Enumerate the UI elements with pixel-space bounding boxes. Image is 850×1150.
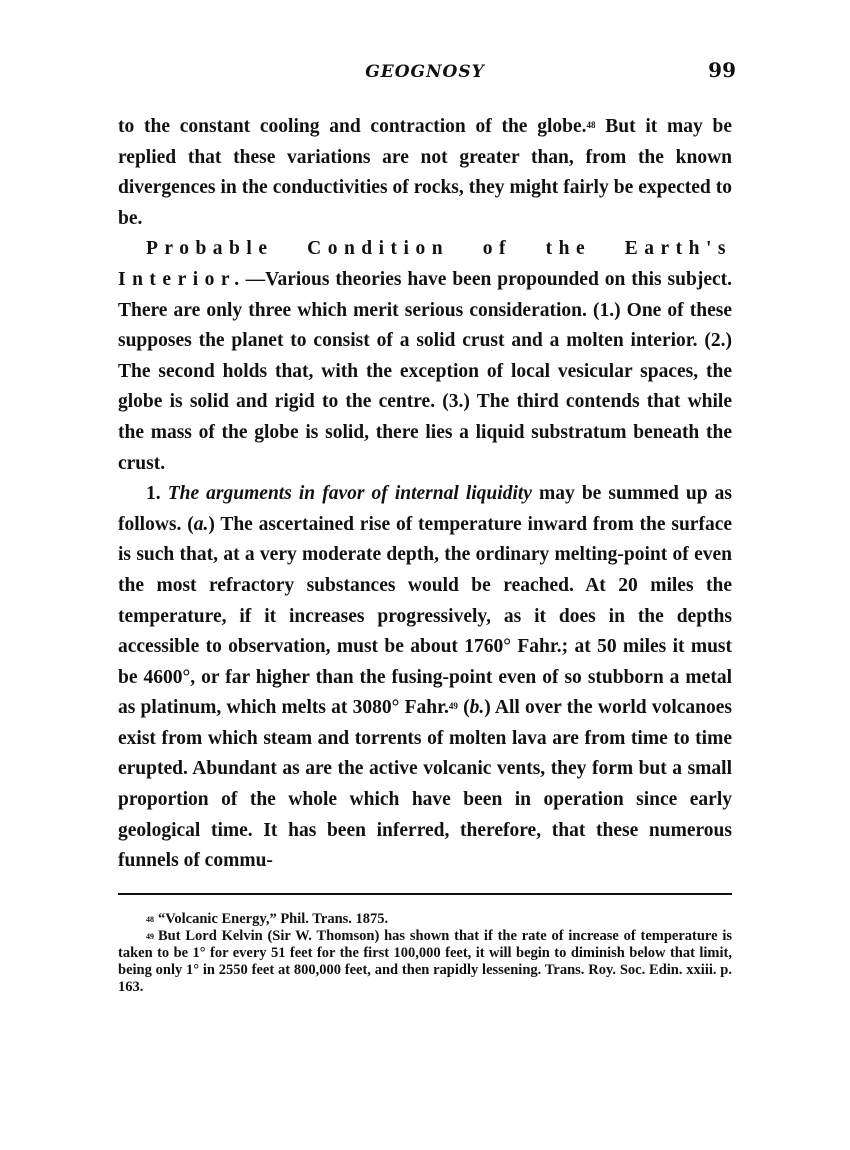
footnote-divider	[118, 893, 732, 895]
paragraph-text: —Various theories have been propounded o…	[118, 269, 732, 474]
body-text: to the constant cooling and contraction …	[118, 112, 732, 877]
italic-heading: The arguments in favor of internal liqui…	[168, 483, 532, 504]
item-label-b: b.	[470, 697, 485, 718]
paragraph-2: Probable Condition of the Earth's Interi…	[118, 234, 732, 479]
paragraph-text: ) The ascertained rise of temperature in…	[118, 514, 732, 719]
footnotes: 48“Volcanic Energy,” Phil. Trans. 1875. …	[118, 911, 732, 996]
paragraph-text: (	[458, 697, 470, 718]
paragraph-3: 1. The arguments in favor of internal li…	[118, 479, 732, 877]
running-head: GEOGNOSY 99	[118, 58, 732, 92]
footnote-48: 48“Volcanic Energy,” Phil. Trans. 1875.	[118, 911, 732, 928]
item-label-a: a.	[194, 514, 209, 535]
paragraph-1: to the constant cooling and contraction …	[118, 112, 732, 234]
footnote-mark: 49	[146, 932, 154, 941]
footnote-49: 49But Lord Kelvin (Sir W. Thomson) has s…	[118, 928, 732, 996]
paragraph-text: ) All over the world volcanoes exist fro…	[118, 697, 732, 871]
list-number: 1.	[146, 483, 168, 504]
book-page: GEOGNOSY 99 to the constant cooling and …	[118, 58, 732, 996]
running-title: GEOGNOSY	[118, 62, 732, 82]
page-number: 99	[708, 58, 736, 82]
footnote-ref-48[interactable]: 48	[587, 120, 596, 130]
paragraph-text: to the constant cooling and contraction …	[118, 116, 587, 137]
footnote-ref-49[interactable]: 49	[449, 701, 458, 711]
footnote-text: “Volcanic Energy,” Phil. Trans. 1875.	[158, 911, 388, 927]
footnote-text: But Lord Kelvin (Sir W. Thomson) has sho…	[118, 928, 732, 995]
footnote-mark: 48	[146, 915, 154, 924]
